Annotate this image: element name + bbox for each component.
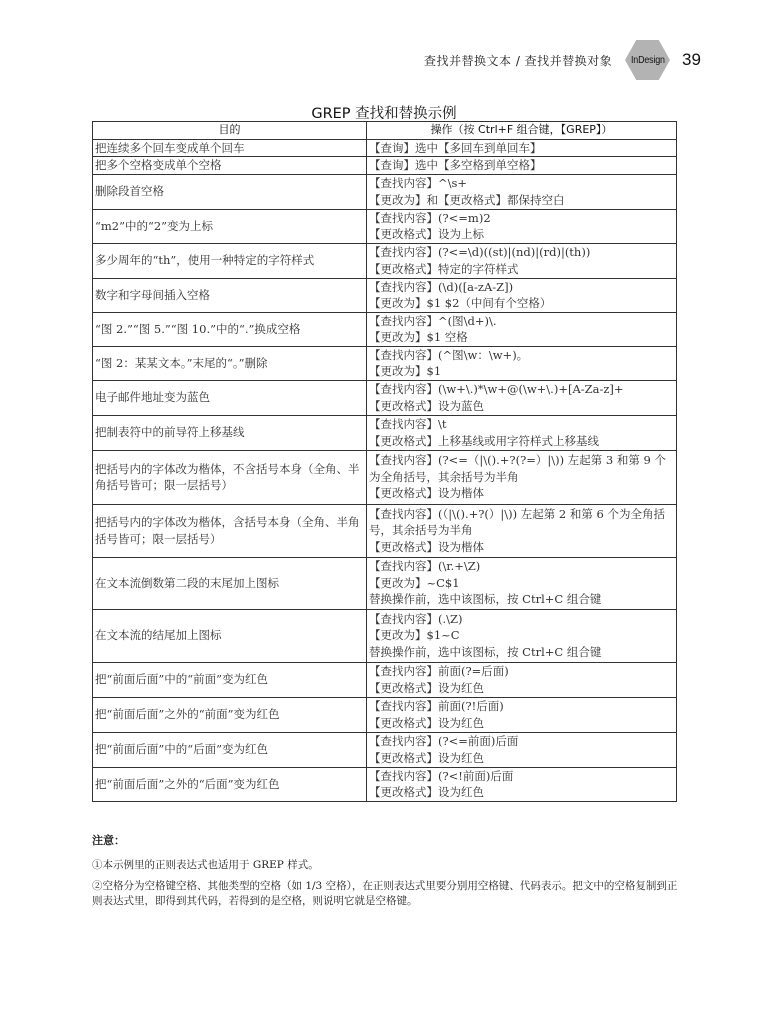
op-line: 【更改格式】上移基线或用字符样式上移基线 bbox=[369, 433, 674, 450]
op-line: 【更改为】和【更改格式】都保持空白 bbox=[369, 192, 674, 209]
purpose-cell: 多少周年的“th”，使用一种特定的字符样式 bbox=[93, 243, 367, 278]
op-line: 【更改格式】设为红色 bbox=[369, 680, 674, 697]
operation-cell: 【查找内容】(.\Z) 【更改为】$1~C 替换操作前，选中该图标，按 Ctrl… bbox=[367, 609, 677, 662]
op-line: 【查找内容】(?<!前面)后面 bbox=[369, 768, 674, 785]
operation-cell: 【查找内容】(（|\().+?(）|\)) 左起第 2 和第 6 个为全角括号，… bbox=[367, 504, 677, 557]
op-line: 【查找内容】(.\Z) bbox=[369, 611, 674, 628]
purpose-cell: 在文本流的结尾加上图标 bbox=[93, 609, 367, 662]
op-line: 【查找内容】前面(?!后面) bbox=[369, 698, 674, 715]
op-line: 【查找内容】(?<=m)2 bbox=[369, 210, 674, 227]
table-row: 电子邮件地址变为蓝色 【查找内容】(\w+\.)*\w+@(\w+\.)+[A-… bbox=[93, 380, 677, 415]
purpose-cell: 数字和字母间插入空格 bbox=[93, 278, 367, 312]
operation-cell: 【查找内容】(?<=\d)((st)|(nd)|(rd)|(th)) 【更改格式… bbox=[367, 243, 677, 278]
op-line: 【查找内容】^\s+ bbox=[369, 175, 674, 192]
op-line: 【更改为】$1~C bbox=[369, 627, 674, 644]
operation-cell: 【查找内容】(\d)([a-zA-Z]) 【更改为】$1 $2（中间有个空格） bbox=[367, 278, 677, 312]
operation-cell: 【查找内容】(?<=前面)后面 【更改格式】设为红色 bbox=[367, 732, 677, 767]
operation-cell: 【查找内容】前面(?!后面) 【更改格式】设为红色 bbox=[367, 697, 677, 732]
op-line: 【查询】选中【多回车到单回车】 bbox=[369, 140, 674, 157]
note-item: ①本示例里的正则表达式也适用于 GREP 样式。 bbox=[92, 858, 682, 873]
op-line: 【查找内容】(\w+\.)*\w+@(\w+\.)+[A-Za-z]+ bbox=[369, 381, 674, 398]
op-line: 【更改格式】设为红色 bbox=[369, 750, 674, 767]
operation-cell: 【查找内容】(\w+\.)*\w+@(\w+\.)+[A-Za-z]+ 【更改格… bbox=[367, 380, 677, 415]
table-row: 把“前面后面”之外的“后面”变为红色 【查找内容】(?<!前面)后面 【更改格式… bbox=[93, 767, 677, 801]
operation-cell: 【查找内容】^\s+ 【更改为】和【更改格式】都保持空白 bbox=[367, 174, 677, 209]
op-line: 【查找内容】(（|\().+?(）|\)) 左起第 2 和第 6 个为全角括号，… bbox=[369, 506, 674, 539]
purpose-cell: 把多个空格变成单个空格 bbox=[93, 157, 367, 175]
grep-examples-table: 目的 操作（按 Ctrl+F 组合键，【GREP】） 把连续多个回车变成单个回车… bbox=[92, 121, 677, 802]
badge-label: InDesign bbox=[631, 54, 665, 66]
op-line: 替换操作前，选中该图标，按 Ctrl+C 组合键 bbox=[369, 591, 674, 608]
op-line: 【查找内容】(?<=\d)((st)|(nd)|(rd)|(th)) bbox=[369, 244, 674, 261]
section-title: 查找并替换文本 / 查找并替换对象 bbox=[424, 52, 612, 69]
purpose-cell: “图 2：某某文本。”末尾的“。”删除 bbox=[93, 346, 367, 380]
op-line: 【更改为】~C$1 bbox=[369, 575, 674, 592]
table-row: 把括号内的字体改为楷体，不含括号本身（全角、半角括号皆可；限一层括号） 【查找内… bbox=[93, 450, 677, 504]
op-line: 【更改格式】设为蓝色 bbox=[369, 398, 674, 415]
purpose-cell: 把“前面后面”之外的“后面”变为红色 bbox=[93, 767, 367, 801]
table-row: “m2”中的“2”变为上标 【查找内容】(?<=m)2 【更改格式】设为上标 bbox=[93, 209, 677, 243]
op-line: 【更改格式】设为红色 bbox=[369, 715, 674, 732]
op-line: 【更改格式】设为楷体 bbox=[369, 485, 674, 502]
purpose-cell: 把制表符中的前导符上移基线 bbox=[93, 415, 367, 450]
purpose-cell: 电子邮件地址变为蓝色 bbox=[93, 380, 367, 415]
column-header-operation: 操作（按 Ctrl+F 组合键，【GREP】） bbox=[367, 122, 677, 140]
table-row: 多少周年的“th”，使用一种特定的字符样式 【查找内容】(?<=\d)((st)… bbox=[93, 243, 677, 278]
op-line: 【更改为】$1 $2（中间有个空格） bbox=[369, 295, 674, 312]
table-row: 把多个空格变成单个空格 【查询】选中【多空格到单空格】 bbox=[93, 157, 677, 175]
operation-cell: 【查询】选中【多空格到单空格】 bbox=[367, 157, 677, 175]
op-line: 【更改格式】设为楷体 bbox=[369, 539, 674, 556]
operation-cell: 【查找内容】(?<=m)2 【更改格式】设为上标 bbox=[367, 209, 677, 243]
op-line: 【更改为】$1 bbox=[369, 363, 674, 380]
table-row: 把“前面后面”中的“前面”变为红色 【查找内容】前面(?=后面) 【更改格式】设… bbox=[93, 662, 677, 697]
op-line: 【查找内容】(?<=（|\().+?(?=）|\)) 左起第 3 和第 9 个为… bbox=[369, 452, 674, 485]
purpose-cell: 把“前面后面”之外的“前面”变为红色 bbox=[93, 697, 367, 732]
op-line: 【查询】选中【多空格到单空格】 bbox=[369, 157, 674, 174]
op-line: 【查找内容】\t bbox=[369, 416, 674, 433]
op-line: 【查找内容】(?<=前面)后面 bbox=[369, 733, 674, 750]
operation-cell: 【查找内容】\t 【更改格式】上移基线或用字符样式上移基线 bbox=[367, 415, 677, 450]
table-row: 把制表符中的前导符上移基线 【查找内容】\t 【更改格式】上移基线或用字符样式上… bbox=[93, 415, 677, 450]
indesign-hexagon-badge: InDesign bbox=[625, 40, 670, 80]
operation-cell: 【查找内容】(?<=（|\().+?(?=）|\)) 左起第 3 和第 9 个为… bbox=[367, 450, 677, 504]
table-row: 数字和字母间插入空格 【查找内容】(\d)([a-zA-Z]) 【更改为】$1 … bbox=[93, 278, 677, 312]
page-number: 39 bbox=[682, 50, 701, 70]
purpose-cell: 删除段首空格 bbox=[93, 174, 367, 209]
table-row: 把“前面后面”中的“后面”变为红色 【查找内容】(?<=前面)后面 【更改格式】… bbox=[93, 732, 677, 767]
operation-cell: 【查询】选中【多回车到单回车】 bbox=[367, 139, 677, 157]
purpose-cell: 把括号内的字体改为楷体，不含括号本身（全角、半角括号皆可；限一层括号） bbox=[93, 450, 367, 504]
table-header-row: 目的 操作（按 Ctrl+F 组合键，【GREP】） bbox=[93, 122, 677, 140]
table-row: 在文本流倒数第二段的末尾加上图标 【查找内容】(\r.+\Z) 【更改为】~C$… bbox=[93, 557, 677, 609]
table-row: “图 2：某某文本。”末尾的“。”删除 【查找内容】(^图\w：\w+)。 【更… bbox=[93, 346, 677, 380]
table-row: “图 2.”“图 5.”“图 10.”中的“.”换成空格 【查找内容】^(图\d… bbox=[93, 312, 677, 346]
operation-cell: 【查找内容】^(图\d+)\. 【更改为】$1 空格 bbox=[367, 312, 677, 346]
notes-section: 注意： ①本示例里的正则表达式也适用于 GREP 样式。 ②空格分为空格键空格、… bbox=[92, 832, 682, 915]
table-row: 在文本流的结尾加上图标 【查找内容】(.\Z) 【更改为】$1~C 替换操作前，… bbox=[93, 609, 677, 662]
purpose-cell: “m2”中的“2”变为上标 bbox=[93, 209, 367, 243]
purpose-cell: 在文本流倒数第二段的末尾加上图标 bbox=[93, 557, 367, 609]
notes-title: 注意： bbox=[92, 832, 682, 848]
purpose-cell: 把“前面后面”中的“后面”变为红色 bbox=[93, 732, 367, 767]
op-line: 【查找内容】(^图\w：\w+)。 bbox=[369, 347, 674, 364]
note-item: ②空格分为空格键空格、其他类型的空格（如 1/3 空格），在正则表达式里要分别用… bbox=[92, 879, 682, 909]
op-line: 【查找内容】前面(?=后面) bbox=[369, 663, 674, 680]
purpose-cell: 把连续多个回车变成单个回车 bbox=[93, 139, 367, 157]
op-line: 【更改格式】设为红色 bbox=[369, 784, 674, 801]
op-line: 【查找内容】^(图\d+)\. bbox=[369, 313, 674, 330]
table-title: GREP 查找和替换示例 bbox=[0, 102, 768, 123]
purpose-cell: “图 2.”“图 5.”“图 10.”中的“.”换成空格 bbox=[93, 312, 367, 346]
table-row: 把“前面后面”之外的“前面”变为红色 【查找内容】前面(?!后面) 【更改格式】… bbox=[93, 697, 677, 732]
table-row: 把括号内的字体改为楷体，含括号本身（全角、半角括号皆可；限一层括号） 【查找内容… bbox=[93, 504, 677, 557]
purpose-cell: 把“前面后面”中的“前面”变为红色 bbox=[93, 662, 367, 697]
op-line: 替换操作前，选中该图标，按 Ctrl+C 组合键 bbox=[369, 644, 674, 661]
operation-cell: 【查找内容】(\r.+\Z) 【更改为】~C$1 替换操作前，选中该图标，按 C… bbox=[367, 557, 677, 609]
column-header-purpose: 目的 bbox=[93, 122, 367, 140]
purpose-cell: 把括号内的字体改为楷体，含括号本身（全角、半角括号皆可；限一层括号） bbox=[93, 504, 367, 557]
op-line: 【查找内容】(\d)([a-zA-Z]) bbox=[369, 279, 674, 296]
table-row: 把连续多个回车变成单个回车 【查询】选中【多回车到单回车】 bbox=[93, 139, 677, 157]
table-row: 删除段首空格 【查找内容】^\s+ 【更改为】和【更改格式】都保持空白 bbox=[93, 174, 677, 209]
op-line: 【更改格式】设为上标 bbox=[369, 226, 674, 243]
op-line: 【更改格式】特定的字符样式 bbox=[369, 261, 674, 278]
operation-cell: 【查找内容】(?<!前面)后面 【更改格式】设为红色 bbox=[367, 767, 677, 801]
op-line: 【更改为】$1 空格 bbox=[369, 329, 674, 346]
operation-cell: 【查找内容】(^图\w：\w+)。 【更改为】$1 bbox=[367, 346, 677, 380]
operation-cell: 【查找内容】前面(?=后面) 【更改格式】设为红色 bbox=[367, 662, 677, 697]
op-line: 【查找内容】(\r.+\Z) bbox=[369, 558, 674, 575]
